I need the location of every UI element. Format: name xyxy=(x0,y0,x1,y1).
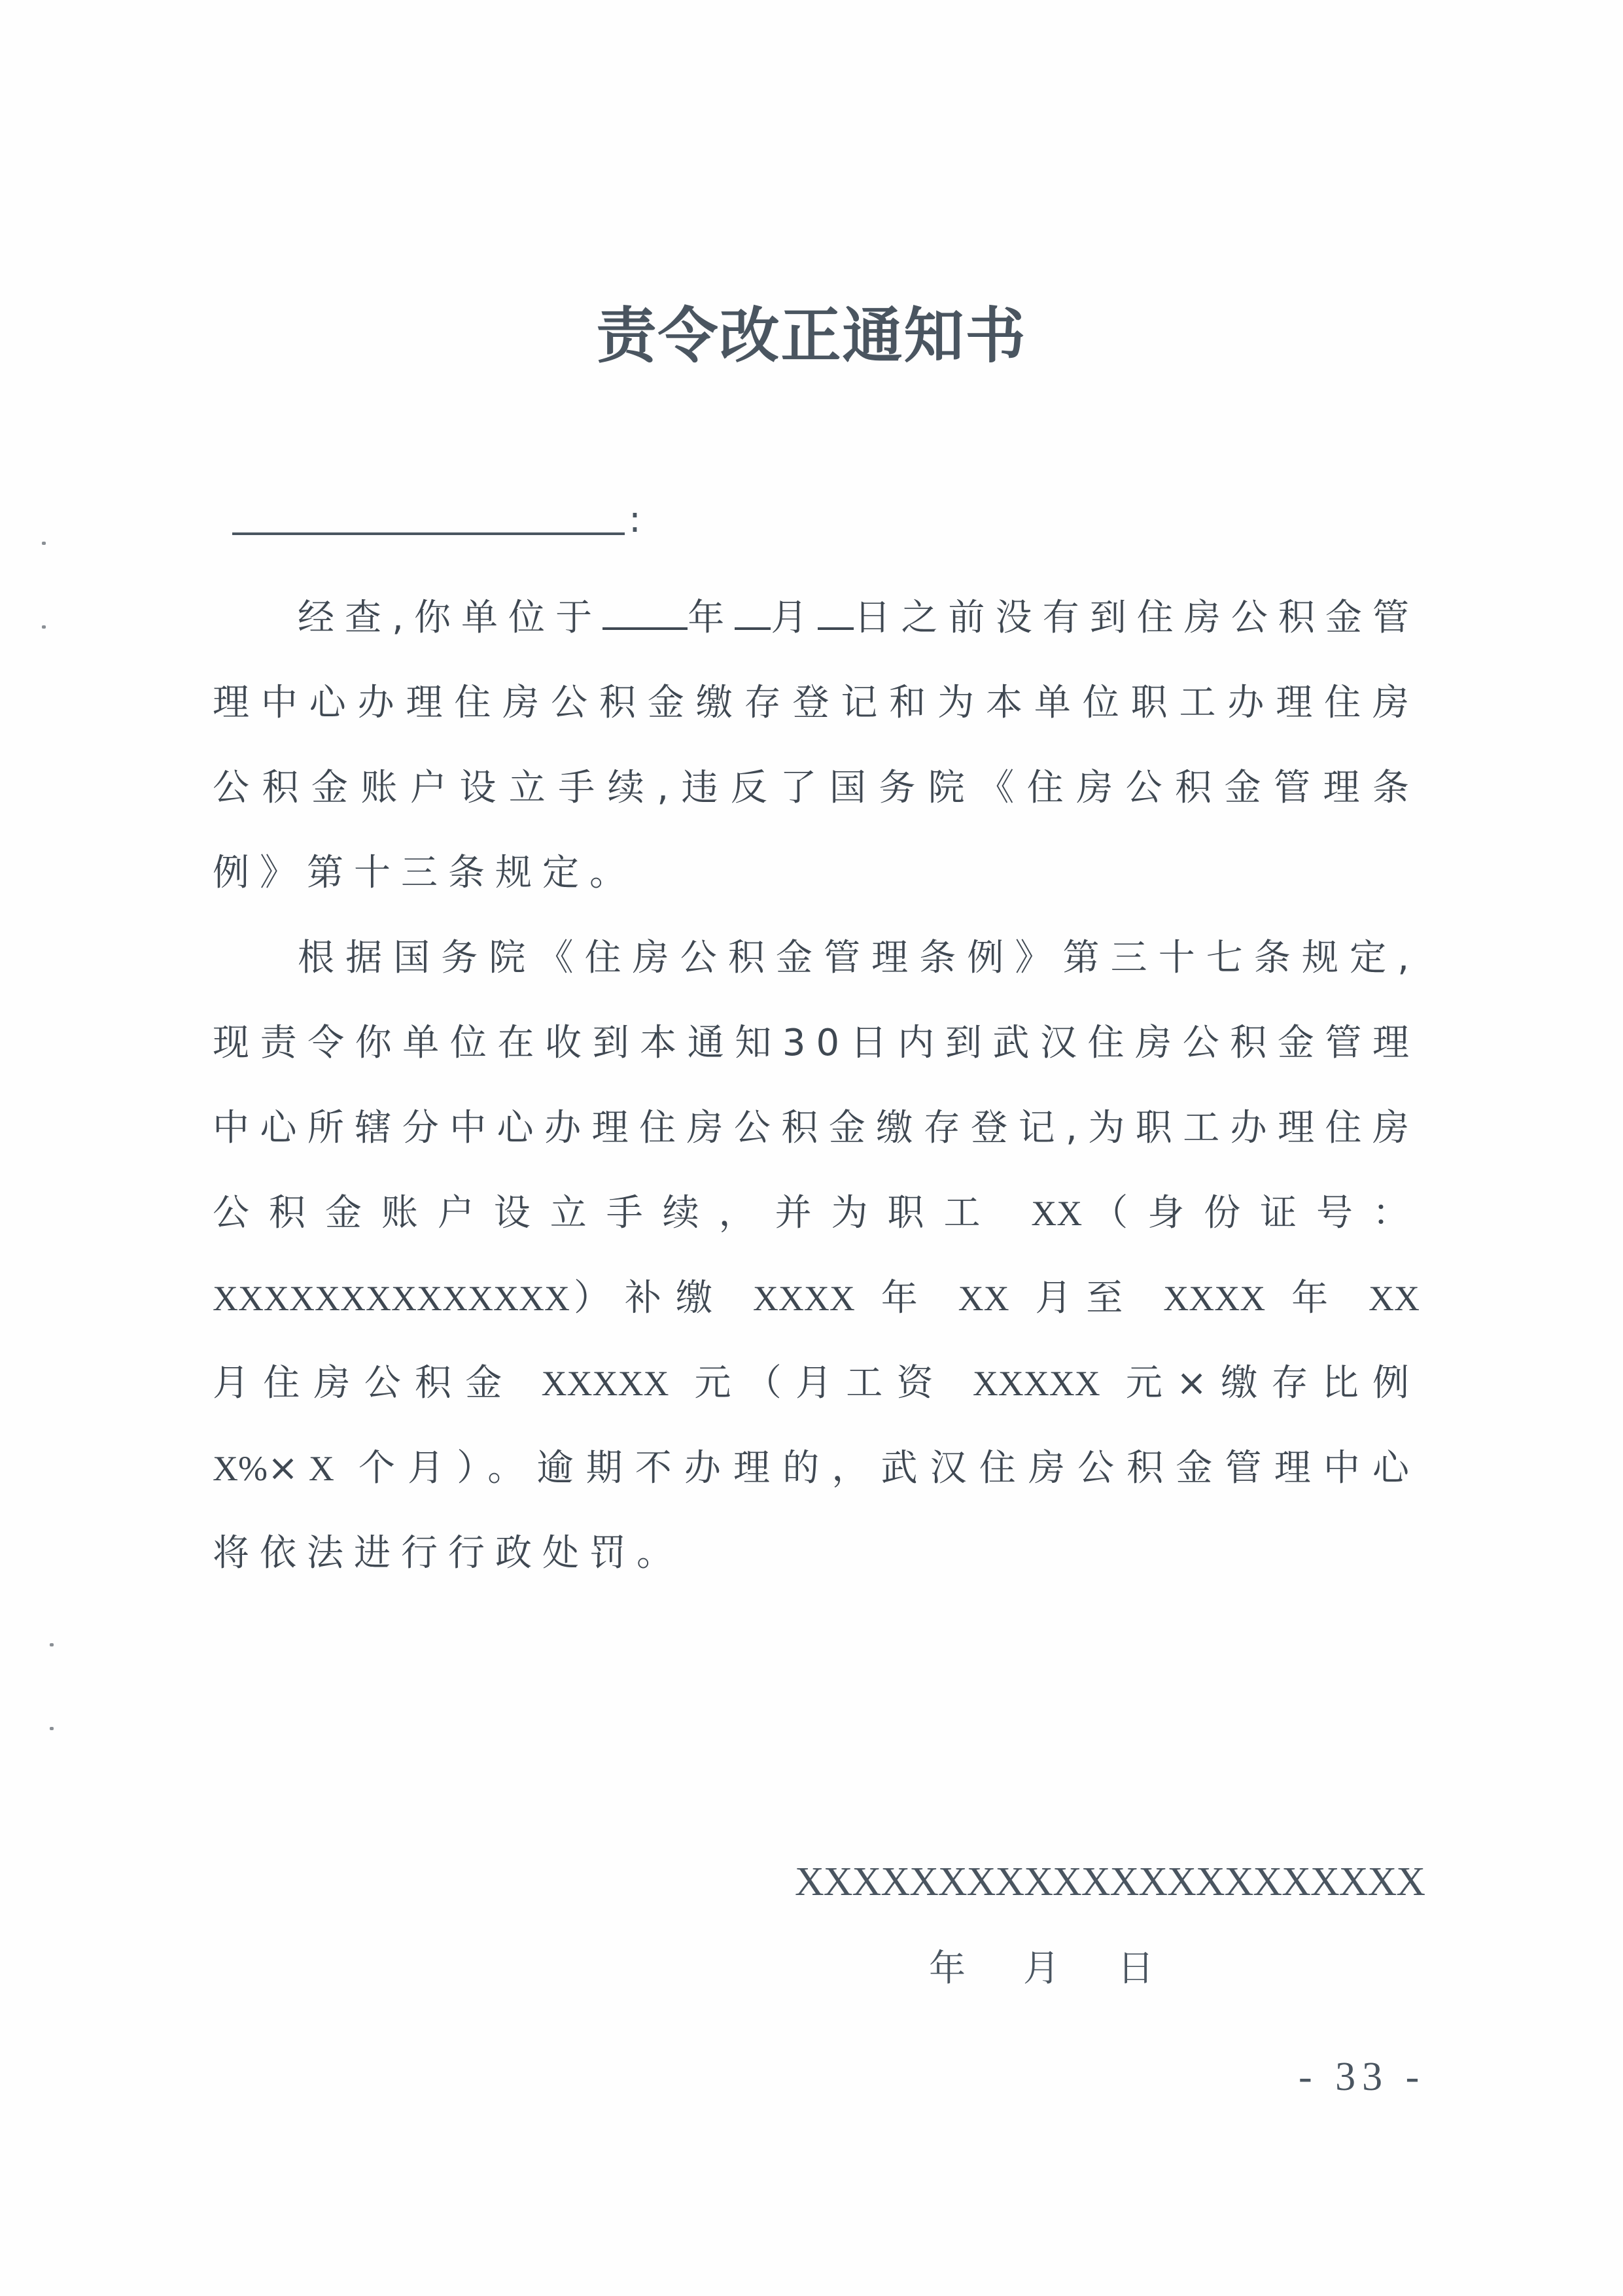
scan-speck xyxy=(50,1727,54,1730)
paragraph-text: × xyxy=(268,1447,309,1489)
end-year: XXXX xyxy=(1163,1279,1265,1318)
date-day: 日 xyxy=(1117,1939,1154,1992)
paragraph-text: 元（月工资 xyxy=(695,1362,947,1404)
addressee-line: : xyxy=(232,497,641,543)
paragraph-text: ）补缴 xyxy=(570,1277,727,1319)
date-year: 年 xyxy=(929,1939,966,1992)
contribution-rate: X% xyxy=(213,1449,268,1488)
paragraph-text: 元×缴存比例 xyxy=(1126,1362,1420,1404)
paragraph-text: 根据国务院《住房公积金管理条例》第三十七条规定,现责令你单位在收到本通知30日内… xyxy=(213,937,1420,1234)
scan-speck xyxy=(42,625,46,629)
paragraph-text: 月至 xyxy=(1035,1277,1137,1319)
day-blank xyxy=(818,599,854,630)
year-blank xyxy=(602,599,688,630)
year-label: 年 xyxy=(688,597,735,639)
amount: XXXXX xyxy=(542,1364,669,1403)
addressee-colon: : xyxy=(629,497,641,543)
paragraph-text: 月住房公积金 xyxy=(213,1362,515,1404)
id-number: XXXXXXXXXXXXXX xyxy=(213,1279,570,1318)
issuer-signature: XXXXXXXXXXXXXXXXXXXXXX xyxy=(795,1859,1425,1905)
month-blank xyxy=(735,599,771,630)
paragraph-text: 个月）。逾期不办理的，武汉住房公积金管理中心将依法进行行政处罚。 xyxy=(213,1447,1420,1574)
paragraph-violation: 经查,你单位于年月日之前没有到住房公积金管理中心办理住房公积金缴存登记和为本单位… xyxy=(213,576,1420,916)
paragraph-text: 年 xyxy=(881,1277,932,1319)
addressee-blank xyxy=(232,532,625,535)
paragraph-text: （身份证号： xyxy=(1082,1192,1420,1234)
paragraph-text: 经查,你单位于 xyxy=(298,597,602,639)
months-count: X xyxy=(309,1449,334,1488)
salary: XXXXX xyxy=(973,1364,1100,1403)
document-body: 经查,你单位于年月日之前没有到住房公积金管理中心办理住房公积金缴存登记和为本单位… xyxy=(213,576,1420,1596)
document-title: 责令改正通知书 xyxy=(0,288,1623,374)
end-month: XX xyxy=(1369,1279,1420,1318)
start-month: XX xyxy=(958,1279,1009,1318)
paragraph-order: 根据国务院《住房公积金管理条例》第三十七条规定,现责令你单位在收到本通知30日内… xyxy=(213,916,1420,1596)
scan-speck xyxy=(42,542,46,545)
paragraph-text: 日之前没有到住房公积金管理中心办理住房公积金缴存登记和为本单位职工办理住房公积金… xyxy=(213,597,1420,894)
date-month: 月 xyxy=(1023,1939,1060,1992)
employee-name: XX xyxy=(1031,1194,1082,1233)
document-page: 责令改正通知书 : 经查,你单位于年月日之前没有到住房公积金管理中心办理住房公积… xyxy=(0,0,1623,2296)
month-label: 月 xyxy=(771,597,818,639)
scan-speck xyxy=(50,1643,54,1646)
start-year: XXXX xyxy=(753,1279,855,1318)
page-number: - 33 - xyxy=(1299,2054,1425,2100)
paragraph-text: 年 xyxy=(1291,1277,1342,1319)
issue-date: 年 月 日 xyxy=(929,1939,1154,1992)
